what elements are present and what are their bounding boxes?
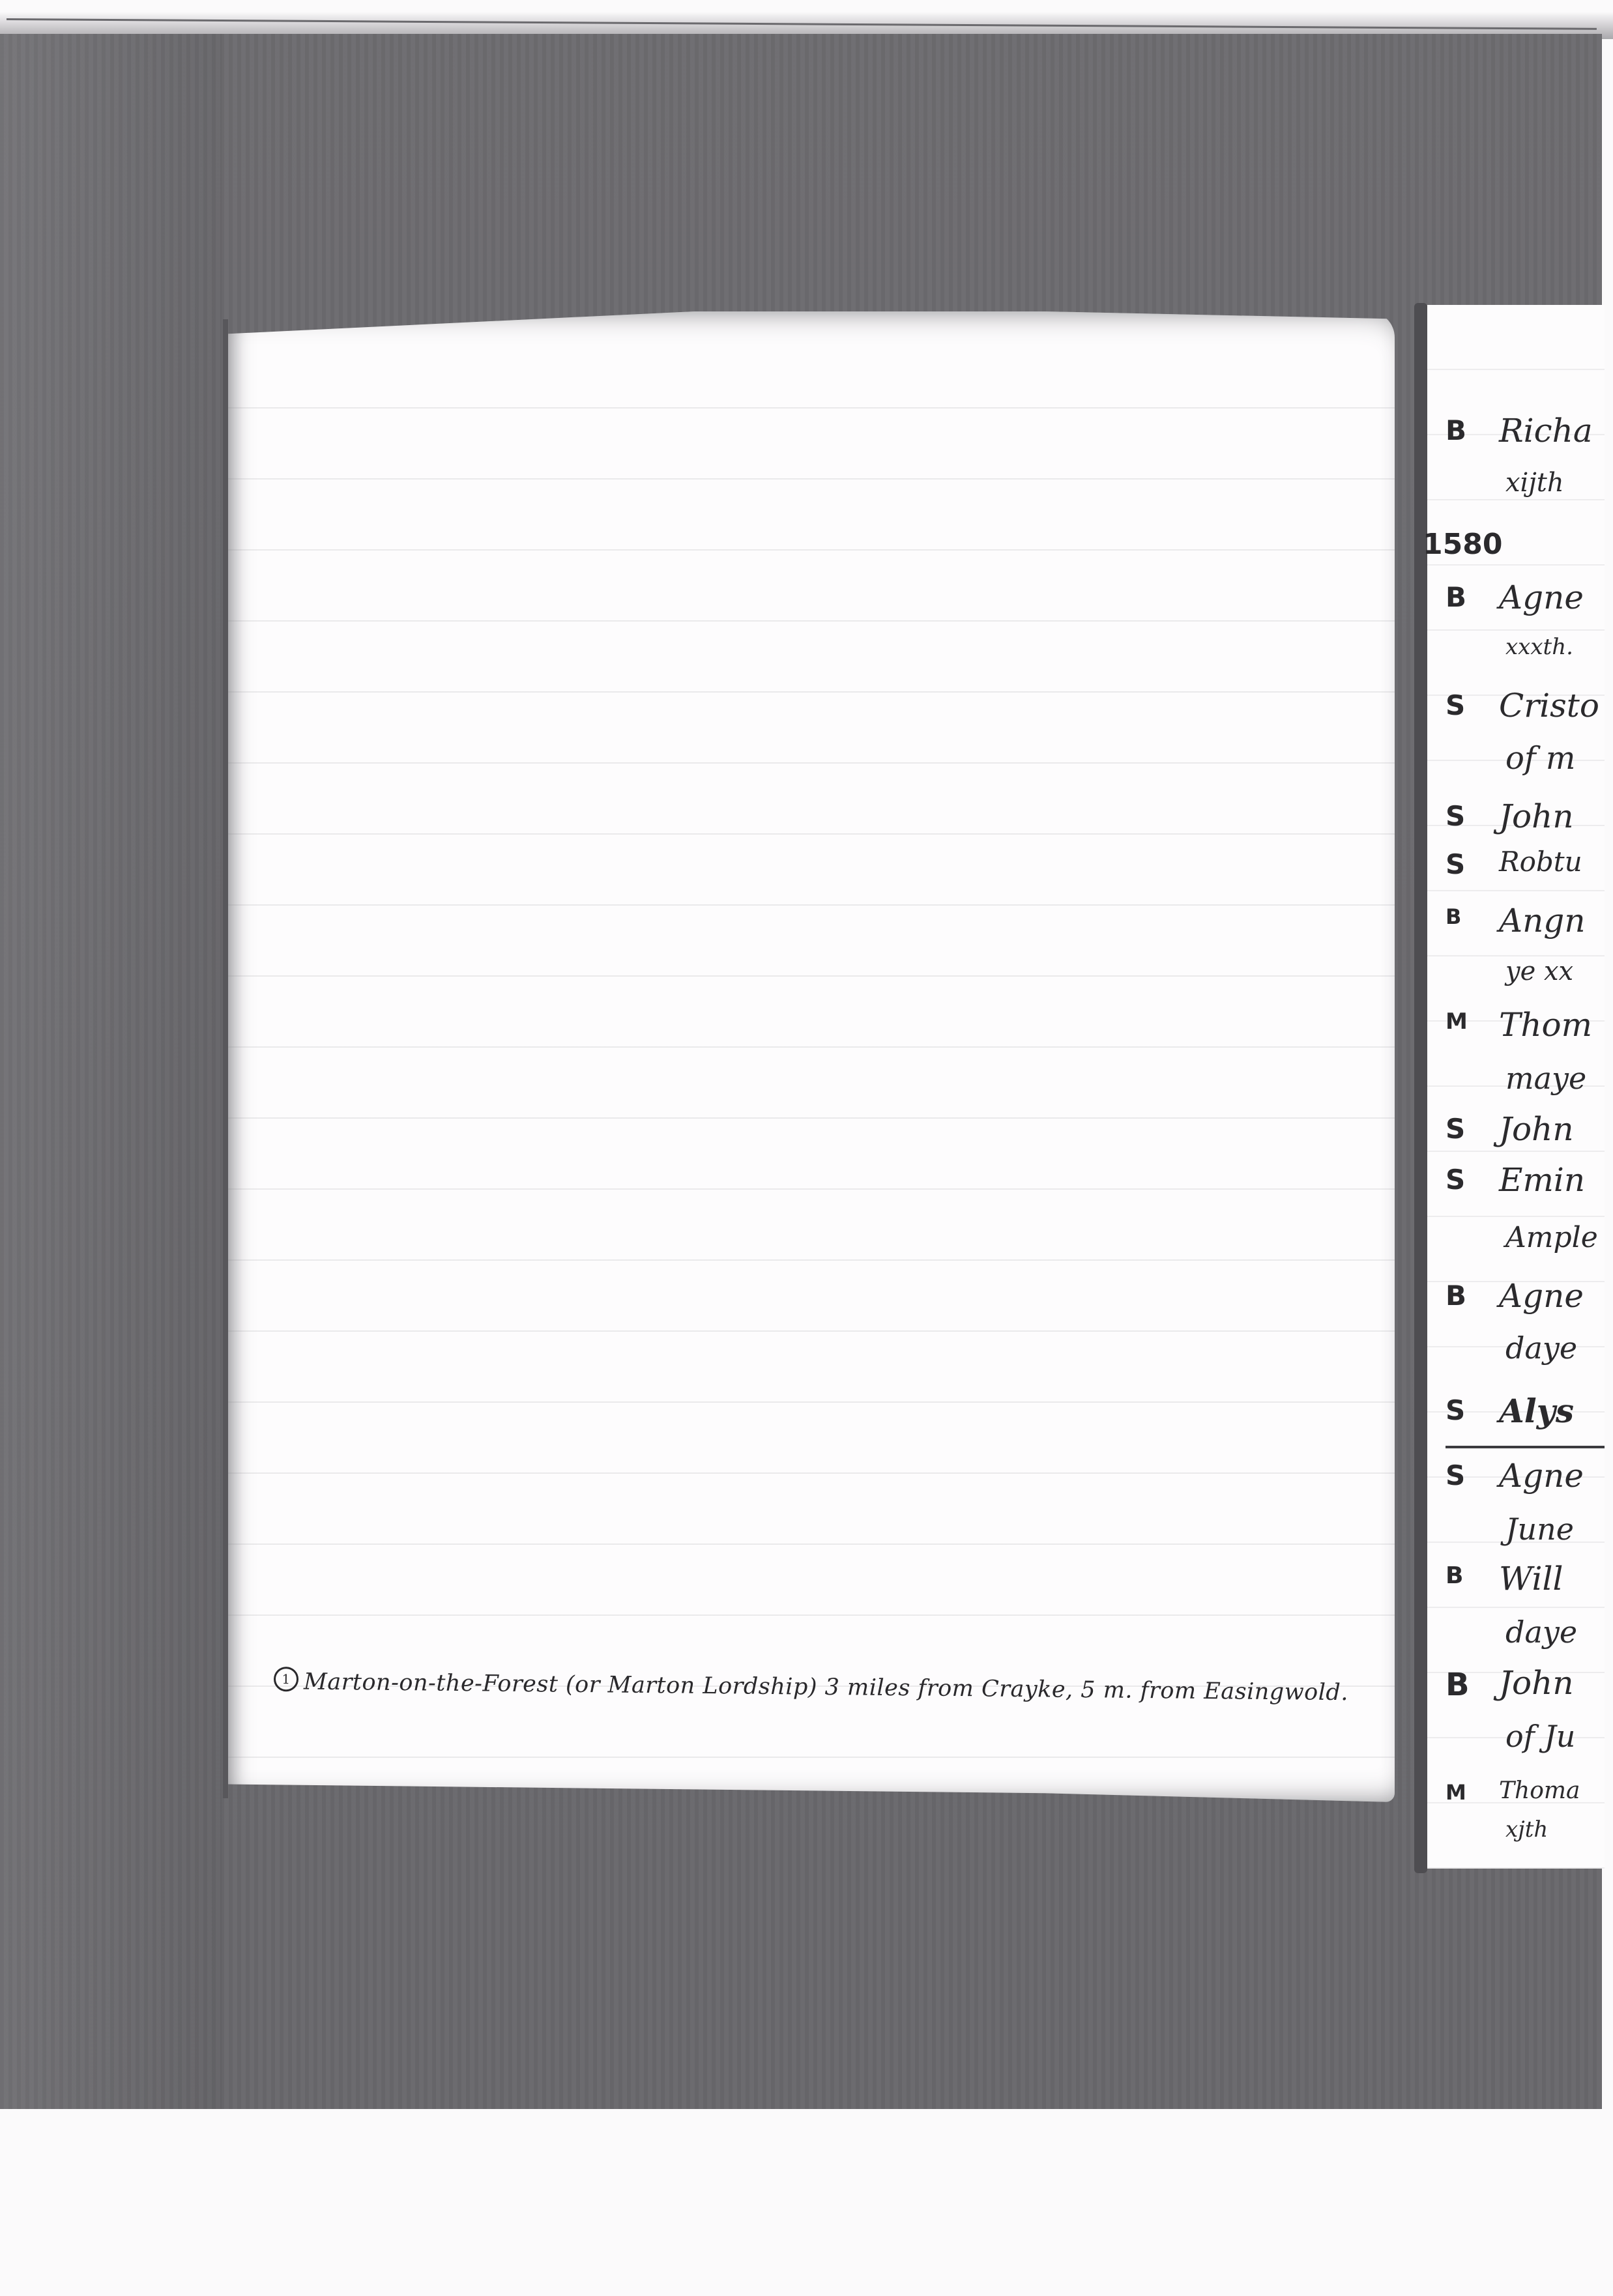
register-entry-continuation: daye [1427,1614,1605,1667]
entry-continuation: of m [1505,740,1575,777]
entry-type: S [1446,689,1465,721]
register-entry: B Agne [1427,1280,1605,1332]
year-heading: 1580 [1423,528,1502,561]
entry-name: Thom [1499,1006,1592,1044]
register-entry: S Cristo [1427,689,1605,741]
entry-type: S [1446,800,1465,832]
entry-name: Cristo [1499,687,1599,725]
entry-type: M [1446,1009,1468,1035]
register-entry-continuation: of Ju [1427,1719,1605,1771]
entry-continuation: xijth [1505,468,1564,498]
scan-bottom-margin [0,2109,1613,2296]
entry-divider-rule [1446,1446,1605,1448]
entry-type: S [1446,1394,1465,1426]
register-entry-continuation: xjth [1427,1816,1605,1869]
register-entry-continuation: ye xx [1427,956,1605,1009]
register-entry: S Emin [1427,1164,1605,1216]
register-entry: B Angn [1427,904,1605,956]
entry-type: S [1446,1164,1465,1196]
entry-type: S [1446,1113,1465,1145]
register-entry: M Thom [1427,1009,1605,1061]
register-entry: B Will [1427,1562,1605,1614]
entry-type: M [1446,1780,1466,1805]
register-entry: S John [1427,1113,1605,1165]
entry-name: Thoma [1499,1777,1580,1804]
entry-continuation: daye [1505,1614,1577,1650]
footnote-marker: 1 [274,1667,298,1691]
entry-continuation: of Ju [1505,1719,1575,1754]
register-entry-continuation: xxxth. [1427,634,1605,686]
entry-type: B [1446,1667,1470,1703]
register-entry: B John [1427,1667,1605,1719]
register-entry-continuation: Ample [1427,1221,1605,1273]
entry-type: B [1446,904,1461,929]
entry-continuation: xjth [1505,1816,1548,1843]
entry-name: Angn [1499,902,1586,940]
entry-name: John [1499,1110,1574,1148]
register-entry: S John [1427,800,1605,852]
entry-name: Robtu [1499,846,1582,878]
register-entry-continuation: June [1427,1512,1605,1564]
entry-name: Alys [1499,1392,1574,1430]
entry-continuation: maye [1505,1061,1586,1096]
entry-name: John [1499,797,1574,835]
register-entry: S Agne [1427,1459,1605,1512]
entry-continuation: xxxth. [1505,634,1573,660]
entry-name: Agne [1499,1277,1584,1315]
entry-type: B [1446,581,1466,613]
entry-continuation: Ample [1505,1221,1598,1254]
ruled-lines [228,337,1395,1776]
entry-continuation: daye [1505,1330,1577,1366]
register-entry: B Agne [1427,581,1605,633]
register-entry: B Richa [1427,414,1605,466]
entry-continuation: June [1505,1512,1574,1547]
entry-type: B [1446,1562,1463,1589]
entry-name: Agne [1499,579,1584,616]
entry-type: B [1446,1280,1466,1312]
left-page [228,311,1395,1802]
scan-top-edge [0,0,1613,39]
paper-edge-line [7,18,1597,30]
register-entry-continuation: maye [1427,1061,1605,1113]
register-entry: S Alys [1427,1394,1605,1446]
left-page-edge [223,319,228,1798]
entry-name: Emin [1499,1161,1585,1199]
register-entry: S Robtu [1427,848,1605,900]
register-entry-continuation: xijth [1427,468,1605,520]
entry-type: S [1446,1459,1465,1491]
entry-type: S [1446,848,1465,880]
entry-name: John [1499,1664,1574,1702]
register-entry-continuation: daye [1427,1330,1605,1383]
entry-name: Will [1499,1560,1563,1598]
entry-name: Agne [1499,1457,1584,1495]
entry-type: B [1446,414,1466,446]
register-entry-continuation: of m [1427,740,1605,792]
entry-continuation: ye xx [1505,956,1573,986]
entry-name: Richa [1499,412,1593,450]
